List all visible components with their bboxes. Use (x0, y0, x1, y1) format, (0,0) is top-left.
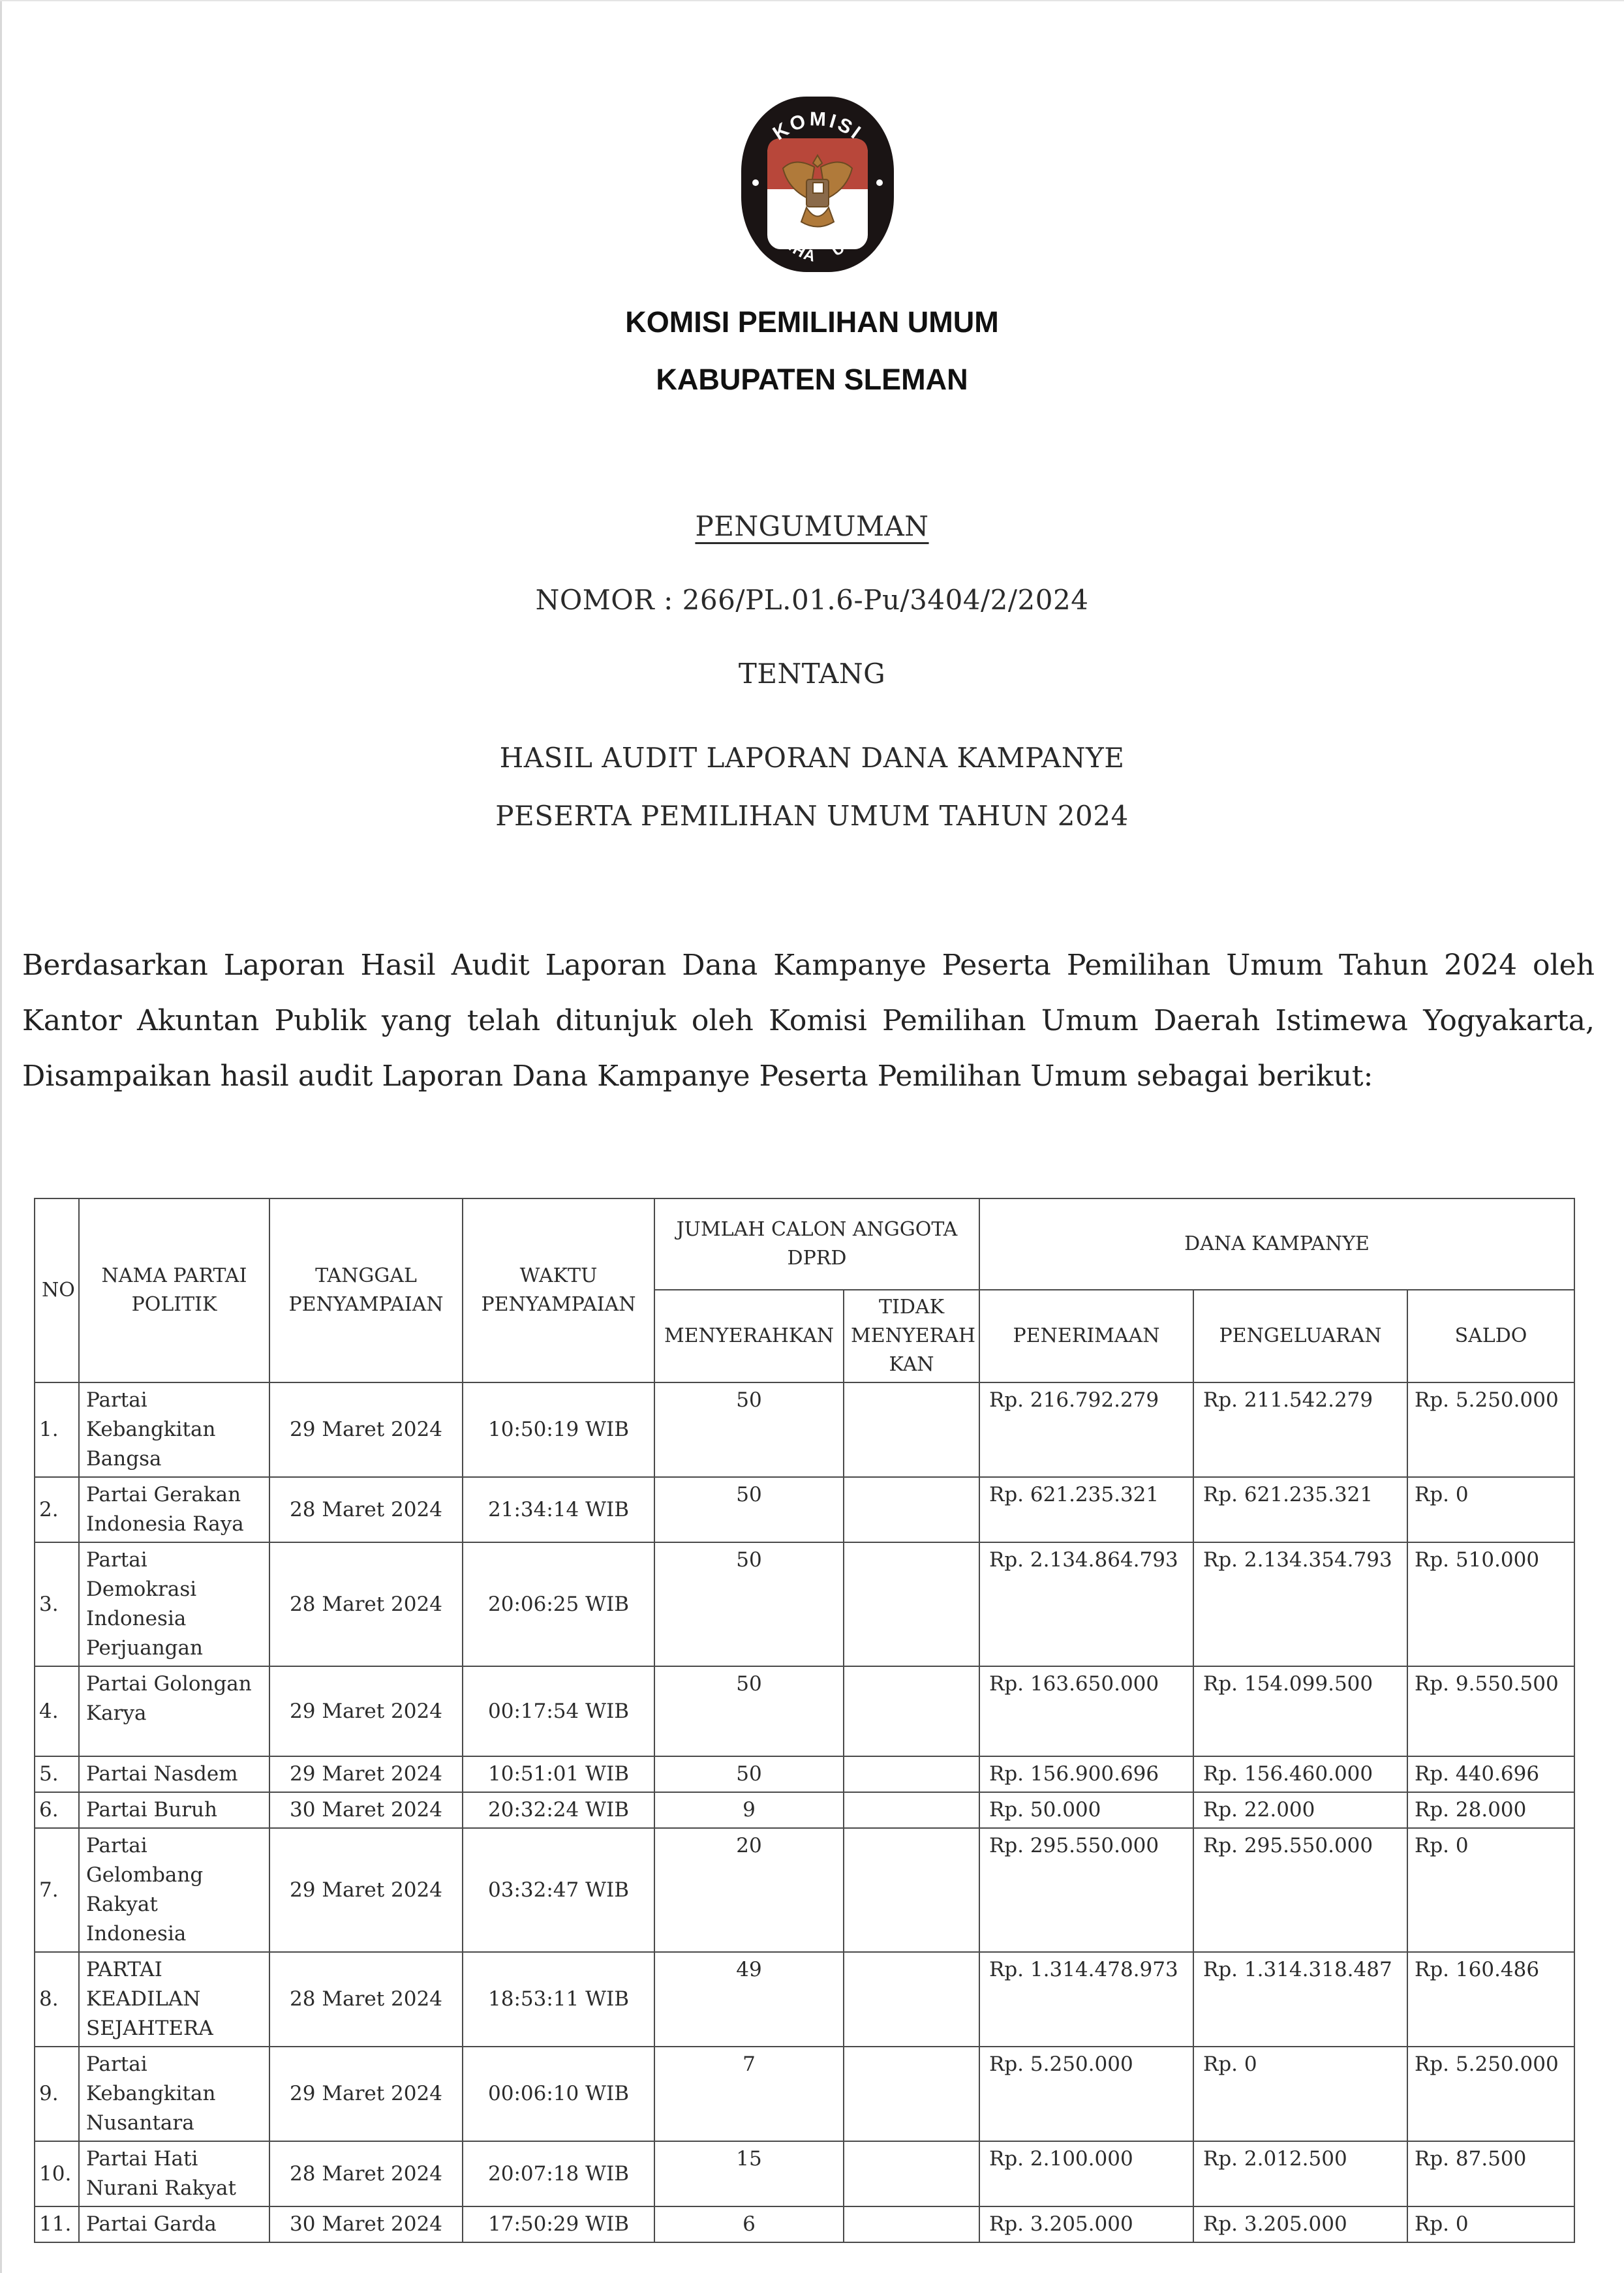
candidates-submitted: 7 (654, 2047, 844, 2141)
header-saldo: SALDO (1407, 1290, 1574, 1382)
row-number: 1. (35, 1382, 79, 1477)
balance: Rp. 160.486 (1407, 1952, 1574, 2047)
table-row: 7.Partai Gelombang Rakyat Indonesia29 Ma… (35, 1828, 1574, 1952)
table-row: 4.Partai Golongan Karya29 Maret 202400:1… (35, 1666, 1574, 1756)
submission-date: 28 Maret 2024 (269, 1952, 463, 2047)
receipts: Rp. 5.250.000 (979, 2047, 1193, 2141)
header-tanggal: TANGGAL PENYAMPAIAN (269, 1198, 463, 1382)
submission-date: 29 Maret 2024 (269, 2047, 463, 2141)
balance: Rp. 5.250.000 (1407, 1382, 1574, 1477)
candidates-not-submitted (844, 1382, 979, 1477)
row-number: 8. (35, 1952, 79, 2047)
candidates-not-submitted (844, 1666, 979, 1756)
row-number: 7. (35, 1828, 79, 1952)
candidates-submitted: 50 (654, 1666, 844, 1756)
balance: Rp. 28.000 (1407, 1792, 1574, 1828)
submission-time: 10:51:01 WIB (463, 1756, 654, 1792)
expenditures: Rp. 2.012.500 (1193, 2141, 1407, 2206)
party-name: PARTAI KEADILAN SEJAHTERA (79, 1952, 269, 2047)
candidates-not-submitted (844, 2206, 979, 2242)
submission-time: 20:06:25 WIB (463, 1542, 654, 1666)
subject-line-2: PESERTA PEMILIHAN UMUM TAHUN 2024 (0, 800, 1624, 832)
receipts: Rp. 3.205.000 (979, 2206, 1193, 2242)
header-waktu: WAKTU PENYAMPAIAN (463, 1198, 654, 1382)
expenditures: Rp. 22.000 (1193, 1792, 1407, 1828)
document-number: NOMOR : 266/PL.01.6-Pu/3404/2/2024 (0, 584, 1624, 616)
row-number: 6. (35, 1792, 79, 1828)
party-name: Partai Garda (79, 2206, 269, 2242)
row-number: 9. (35, 2047, 79, 2141)
submission-time: 21:34:14 WIB (463, 1477, 654, 1542)
header-no: NO (35, 1198, 79, 1382)
table-row: 1.Partai Kebangkitan Bangsa29 Maret 2024… (35, 1382, 1574, 1477)
audit-results-table: NO NAMA PARTAI POLITIK TANGGAL PENYAMPAI… (34, 1198, 1575, 2243)
candidates-submitted: 20 (654, 1828, 844, 1952)
expenditures: Rp. 3.205.000 (1193, 2206, 1407, 2242)
candidates-not-submitted (844, 2141, 979, 2206)
submission-time: 03:32:47 WIB (463, 1828, 654, 1952)
expenditures: Rp. 156.460.000 (1193, 1756, 1407, 1792)
row-number: 10. (35, 2141, 79, 2206)
header-penerimaan: PENERIMAAN (979, 1290, 1193, 1382)
expenditures: Rp. 295.550.000 (1193, 1828, 1407, 1952)
submission-time: 10:50:19 WIB (463, 1382, 654, 1477)
submission-date: 28 Maret 2024 (269, 1477, 463, 1542)
table-row: 2.Partai Gerakan Indonesia Raya28 Maret … (35, 1477, 1574, 1542)
party-name: Partai Buruh (79, 1792, 269, 1828)
table-body: 1.Partai Kebangkitan Bangsa29 Maret 2024… (35, 1382, 1574, 2242)
announcement-heading-text: PENGUMUMAN (695, 510, 928, 542)
receipts: Rp. 216.792.279 (979, 1382, 1193, 1477)
expenditures: Rp. 2.134.354.793 (1193, 1542, 1407, 1666)
party-name: Partai Gelombang Rakyat Indonesia (79, 1828, 269, 1952)
expenditures: Rp. 1.314.318.487 (1193, 1952, 1407, 2047)
page-edge (0, 0, 2, 2273)
org-name: KOMISI PEMILIHAN UMUM (0, 305, 1624, 339)
receipts: Rp. 163.650.000 (979, 1666, 1193, 1756)
party-name: Partai Gerakan Indonesia Raya (79, 1477, 269, 1542)
candidates-submitted: 9 (654, 1792, 844, 1828)
expenditures: Rp. 211.542.279 (1193, 1382, 1407, 1477)
table-row: 9.Partai Kebangkitan Nusantara29 Maret 2… (35, 2047, 1574, 2141)
table-row: 6.Partai Buruh30 Maret 202420:32:24 WIB9… (35, 1792, 1574, 1828)
tentang-label: TENTANG (0, 658, 1624, 690)
balance: Rp. 0 (1407, 1828, 1574, 1952)
party-name: Partai Hati Nurani Rakyat (79, 2141, 269, 2206)
expenditures: Rp. 0 (1193, 2047, 1407, 2141)
submission-time: 20:32:24 WIB (463, 1792, 654, 1828)
receipts: Rp. 2.134.864.793 (979, 1542, 1193, 1666)
party-name: Partai Demokrasi Indonesia Perjuangan (79, 1542, 269, 1666)
submission-date: 29 Maret 2024 (269, 1756, 463, 1792)
row-number: 2. (35, 1477, 79, 1542)
submission-date: 28 Maret 2024 (269, 2141, 463, 2206)
submission-date: 28 Maret 2024 (269, 1542, 463, 1666)
balance: Rp. 87.500 (1407, 2141, 1574, 2206)
header-menyerahkan: MENYERAHKAN (654, 1290, 844, 1382)
org-region: KABUPATEN SLEMAN (0, 363, 1624, 397)
candidates-not-submitted (844, 1828, 979, 1952)
party-name: Partai Golongan Karya (79, 1666, 269, 1756)
balance: Rp. 0 (1407, 2206, 1574, 2242)
row-number: 5. (35, 1756, 79, 1792)
receipts: Rp. 156.900.696 (979, 1756, 1193, 1792)
balance: Rp. 0 (1407, 1477, 1574, 1542)
balance: Rp. 5.250.000 (1407, 2047, 1574, 2141)
submission-time: 00:06:10 WIB (463, 2047, 654, 2141)
candidates-not-submitted (844, 1542, 979, 1666)
row-number: 4. (35, 1666, 79, 1756)
expenditures: Rp. 154.099.500 (1193, 1666, 1407, 1756)
submission-date: 29 Maret 2024 (269, 1666, 463, 1756)
balance: Rp. 440.696 (1407, 1756, 1574, 1792)
submission-time: 17:50:29 WIB (463, 2206, 654, 2242)
candidates-not-submitted (844, 2047, 979, 2141)
party-name: Partai Kebangkitan Nusantara (79, 2047, 269, 2141)
candidates-submitted: 50 (654, 1477, 844, 1542)
table-row: 10.Partai Hati Nurani Rakyat28 Maret 202… (35, 2141, 1574, 2206)
table-row: 11.Partai Garda30 Maret 202417:50:29 WIB… (35, 2206, 1574, 2242)
candidates-submitted: 15 (654, 2141, 844, 2206)
intro-paragraph: Berdasarkan Laporan Hasil Audit Laporan … (22, 938, 1595, 1104)
balance: Rp. 510.000 (1407, 1542, 1574, 1666)
receipts: Rp. 295.550.000 (979, 1828, 1193, 1952)
page-edge (0, 0, 1624, 1)
row-number: 3. (35, 1542, 79, 1666)
receipts: Rp. 1.314.478.973 (979, 1952, 1193, 2047)
header-dana-kampanye: DANA KAMPANYE (979, 1198, 1574, 1290)
header-jumlah-calon: JUMLAH CALON ANGGOTA DPRD (654, 1198, 979, 1290)
kpu-emblem-icon: KOMISI PEMILIHAN UMUM (736, 91, 899, 277)
table-row: 8.PARTAI KEADILAN SEJAHTERA28 Maret 2024… (35, 1952, 1574, 2047)
table-row: 3.Partai Demokrasi Indonesia Perjuangan2… (35, 1542, 1574, 1666)
candidates-not-submitted (844, 1756, 979, 1792)
candidates-submitted: 49 (654, 1952, 844, 2047)
submission-date: 29 Maret 2024 (269, 1828, 463, 1952)
submission-time: 20:07:18 WIB (463, 2141, 654, 2206)
candidates-not-submitted (844, 1792, 979, 1828)
candidates-submitted: 50 (654, 1756, 844, 1792)
submission-date: 30 Maret 2024 (269, 1792, 463, 1828)
submission-time: 18:53:11 WIB (463, 1952, 654, 2047)
receipts: Rp. 2.100.000 (979, 2141, 1193, 2206)
receipts: Rp. 50.000 (979, 1792, 1193, 1828)
header-tidak-menyerahkan: TIDAK MENYERAH KAN (844, 1290, 979, 1382)
party-name: Partai Nasdem (79, 1756, 269, 1792)
balance: Rp. 9.550.500 (1407, 1666, 1574, 1756)
submission-date: 30 Maret 2024 (269, 2206, 463, 2242)
row-number: 11. (35, 2206, 79, 2242)
receipts: Rp. 621.235.321 (979, 1477, 1193, 1542)
candidates-submitted: 50 (654, 1382, 844, 1477)
table-row: 5.Partai Nasdem29 Maret 202410:51:01 WIB… (35, 1756, 1574, 1792)
header-pengeluaran: PENGELUARAN (1193, 1290, 1407, 1382)
announcement-heading: PENGUMUMAN (0, 510, 1624, 542)
candidates-submitted: 6 (654, 2206, 844, 2242)
party-name: Partai Kebangkitan Bangsa (79, 1382, 269, 1477)
subject-line-1: HASIL AUDIT LAPORAN DANA KAMPANYE (0, 742, 1624, 774)
candidates-submitted: 50 (654, 1542, 844, 1666)
candidates-not-submitted (844, 1952, 979, 2047)
submission-time: 00:17:54 WIB (463, 1666, 654, 1756)
expenditures: Rp. 621.235.321 (1193, 1477, 1407, 1542)
header-nama-partai: NAMA PARTAI POLITIK (79, 1198, 269, 1382)
candidates-not-submitted (844, 1477, 979, 1542)
submission-date: 29 Maret 2024 (269, 1382, 463, 1477)
